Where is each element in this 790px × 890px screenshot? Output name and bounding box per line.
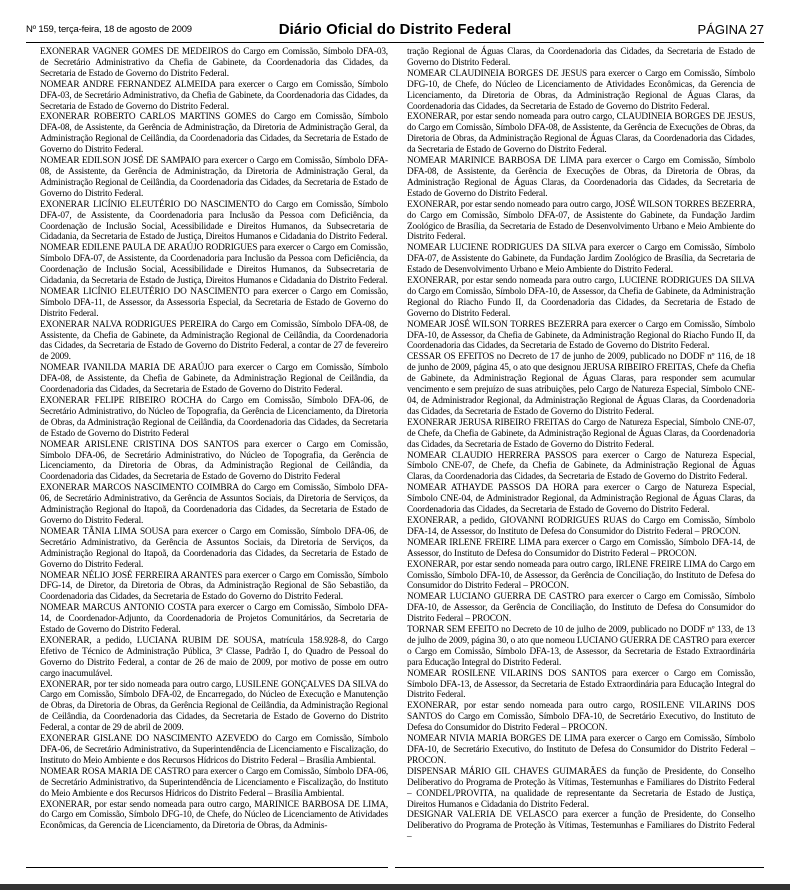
decree-act: NOMEAR ATHAYDE PASSOS DA HORA para exerc… [407, 483, 755, 516]
publication-title: Diário Oficial do Distrito Federal [26, 21, 764, 38]
decree-act: EXONERAR LICÍNIO ELEUTÉRIO DO NASCIMENTO… [40, 200, 388, 244]
decree-act: NOMEAR EDILSON JOSÉ DE SAMPAIO para exer… [40, 156, 388, 200]
page-number: PÁGINA 27 [698, 22, 764, 37]
decree-act: EXONERAR JERUSA RIBEIRO FREITAS do Cargo… [407, 418, 755, 451]
decree-act: NOMEAR ROSA MARIA DE CASTRO para exercer… [40, 767, 388, 800]
decree-act: EXONERAR ROBERTO CARLOS MARTINS GOMES do… [40, 112, 388, 156]
decree-act: NOMEAR MARCUS ANTONIO COSTA para exercer… [40, 603, 388, 636]
page-header: Nº 159, terça-feira, 18 de agosto de 200… [26, 0, 764, 42]
decree-act: tração Regional de Águas Claras, da Coor… [407, 47, 755, 69]
footer-divider-left [26, 867, 388, 868]
decree-act: NOMEAR NIVIA MARIA BORGES DE LIMA para e… [407, 734, 755, 767]
decree-act: NOMEAR ARISLENE CRISTINA DOS SANTOS para… [40, 440, 388, 484]
footer-divider-right [395, 867, 764, 868]
decree-act: CESSAR OS EFEITOS no Decreto de 17 de ju… [407, 352, 755, 417]
decree-act: NOMEAR NÉLIO JOSÉ FERREIRA ARANTES para … [40, 571, 388, 604]
decree-act: NOMEAR CLAUDINEIA BORGES DE JESUS para e… [407, 69, 755, 113]
decree-act: NOMEAR EDILENE PAULA DE ARAÚJO RODRIGUES… [40, 243, 388, 287]
decree-act: NOMEAR IRLENE FREIRE LIMA para exercer o… [407, 538, 755, 560]
window-bottom-edge [0, 884, 790, 890]
decree-act: TORNAR SEM EFEITO no Decreto de 10 de ju… [407, 625, 755, 669]
decree-act: EXONERAR, por estar sendo nomeada para o… [407, 276, 755, 320]
decree-act: NOMEAR ANDRE FERNANDEZ ALMEIDA para exer… [40, 80, 388, 113]
decree-act: NOMEAR ROSILENE VILARINS DOS SANTOS para… [407, 669, 755, 702]
decree-act: EXONERAR, por estar sendo nomeada para o… [407, 701, 755, 734]
decree-act: DISPENSAR MÁRIO GIL CHAVES GUIMARÃES da … [407, 767, 755, 811]
decree-act: EXONERAR, por ter sido nomeada para outr… [40, 680, 388, 735]
decree-act: NOMEAR LICÍNIO ELEUTÉRIO DO NASCIMENTO p… [40, 287, 388, 320]
right-column: tração Regional de Águas Claras, da Coor… [407, 47, 755, 843]
decree-act: NOMEAR CLAUDIO HERRERA PASSOS para exerc… [407, 451, 755, 484]
decree-act: EXONERAR, a pedido, LUCIANA RUBIM DE SOU… [40, 636, 388, 680]
decree-act: NOMEAR MARINICE BARBOSA DE LIMA para exe… [407, 156, 755, 200]
decree-act: NOMEAR TÂNIA LIMA SOUSA para exercer o C… [40, 527, 388, 571]
decree-act: EXONERAR, a pedido, GIOVANNI RODRIGUES R… [407, 516, 755, 538]
decree-act: EXONERAR MARCOS NASCIMENTO COIMBRA do Ca… [40, 483, 388, 527]
decree-act: EXONERAR GISLANE DO NASCIMENTO AZEVEDO d… [40, 734, 388, 767]
decree-act: EXONERAR, por estar sendo nomeada para o… [407, 560, 755, 593]
decree-act: NOMEAR JOSÉ WILSON TORRES BEZERRA para e… [407, 320, 755, 353]
left-column: EXONERAR VAGNER GOMES DE MEDEIROS do Car… [40, 47, 388, 832]
decree-act: NOMEAR LUCIENE RODRIGUES DA SILVA para e… [407, 243, 755, 276]
decree-act: NOMEAR LUCIANO GUERRA DE CASTRO para exe… [407, 592, 755, 625]
decree-act: EXONERAR, por estar sendo nomeada para o… [407, 112, 755, 156]
decree-act: NOMEAR IVANILDA MARIA DE ARAÚJO para exe… [40, 363, 388, 396]
header-divider [26, 42, 764, 43]
decree-act: EXONERAR, por estar sendo nomeado para o… [407, 200, 755, 244]
decree-act: DESIGNAR VALERIA DE VELASCO para exercer… [407, 810, 755, 843]
decree-act: EXONERAR FELIPE RIBEIRO ROCHA do Cargo e… [40, 396, 388, 440]
decree-act: EXONERAR NALVA RODRIGUES PEREIRA do Carg… [40, 320, 388, 364]
decree-act: EXONERAR VAGNER GOMES DE MEDEIROS do Car… [40, 47, 388, 80]
decree-act: EXONERAR, por estar sendo nomeada para o… [40, 800, 388, 833]
